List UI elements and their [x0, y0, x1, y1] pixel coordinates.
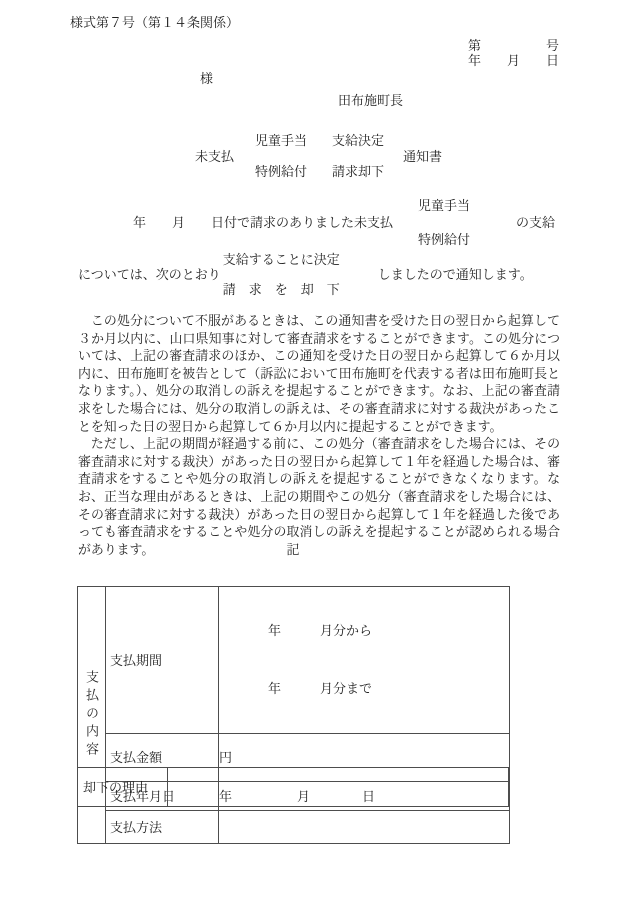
intro-decision-option-reject: 請 求 を 却 下 — [223, 282, 340, 297]
table-value-payment-method — [219, 811, 510, 844]
rejection-reason-value — [168, 768, 508, 806]
title-decision-options: 支給決定 請求却下 — [332, 133, 384, 179]
appeal-paragraph-1: この処分について不服があるときは、この通知書を受けた日の翌日から起算して３か月以… — [78, 313, 560, 436]
table-label-payment-method: 支払方法 — [106, 811, 219, 844]
title-benefit-options: 児童手当 特例給付 — [255, 133, 307, 179]
title-suffix: 通知書 — [403, 149, 442, 164]
document-date-line: 年 月 日 — [468, 53, 559, 68]
table-label-payment-period: 支払期間 — [106, 587, 219, 734]
intro-line1-post: の支給 — [516, 215, 555, 230]
intro-benefit-option-child-allowance: 児童手当 — [418, 198, 470, 213]
intro-decision-option-grant: 支給することに決定 — [223, 252, 340, 267]
title-benefit-option-child-allowance: 児童手当 — [255, 133, 307, 148]
document-number-line: 第 号 — [468, 38, 559, 53]
intro-benefit-options: 児童手当 特例給付 — [418, 198, 470, 247]
payment-period-to: 年 月分まで — [219, 675, 509, 703]
title-decision-option-grant: 支給決定 — [332, 133, 384, 148]
title-benefit-option-special-benefit: 特例給付 — [255, 164, 307, 179]
intro-line2-pre: については、次のとおり — [78, 267, 221, 282]
sender-mayor-name: 田布施町長 — [338, 93, 403, 108]
rejection-reason-row: 却下の理由 — [77, 767, 509, 807]
intro-line2-post: しましたので通知します。 — [378, 267, 533, 282]
intro-line1-pre: 年 月 日付で請求のありました未支払 — [133, 215, 393, 230]
title-decision-option-reject: 請求却下 — [332, 164, 384, 179]
table-value-payment-period: 年 月分から 年 月分まで — [219, 587, 510, 734]
notice-document-page: 様式第７号（第１４条関係） 第 号 年 月 日 様 田布施町長 未支払 児童手当… — [0, 0, 630, 903]
payment-period-from: 年 月分から — [219, 617, 509, 645]
intro-decision-options: 支給することに決定 請 求 を 却 下 — [223, 252, 340, 297]
intro-sentence-part2: については、次のとおり 支給することに決定 請 求 を 却 下 しましたので通知… — [78, 250, 533, 298]
addressee-suffix: 様 — [200, 71, 213, 86]
ki-marker: 記 — [77, 542, 509, 557]
form-number: 様式第７号（第１４条関係） — [70, 15, 239, 30]
appeal-instructions: この処分について不服があるときは、この通知書を受けた日の翌日から起算して３か月以… — [78, 313, 560, 559]
rejection-reason-label: 却下の理由 — [78, 768, 168, 806]
document-title: 未支払 児童手当 特例給付 支給決定 請求却下 通知書 — [195, 132, 442, 180]
intro-sentence-part1: 年 月 日付で請求のありました未支払 児童手当 特例給付 の支給 — [133, 197, 555, 247]
intro-benefit-option-special-benefit: 特例給付 — [418, 232, 470, 247]
title-prefix: 未支払 — [195, 149, 234, 164]
appeal-paragraph-2: ただし、上記の期間が経過する前に、この処分（審査請求をした場合には、その審査請求… — [78, 436, 560, 559]
